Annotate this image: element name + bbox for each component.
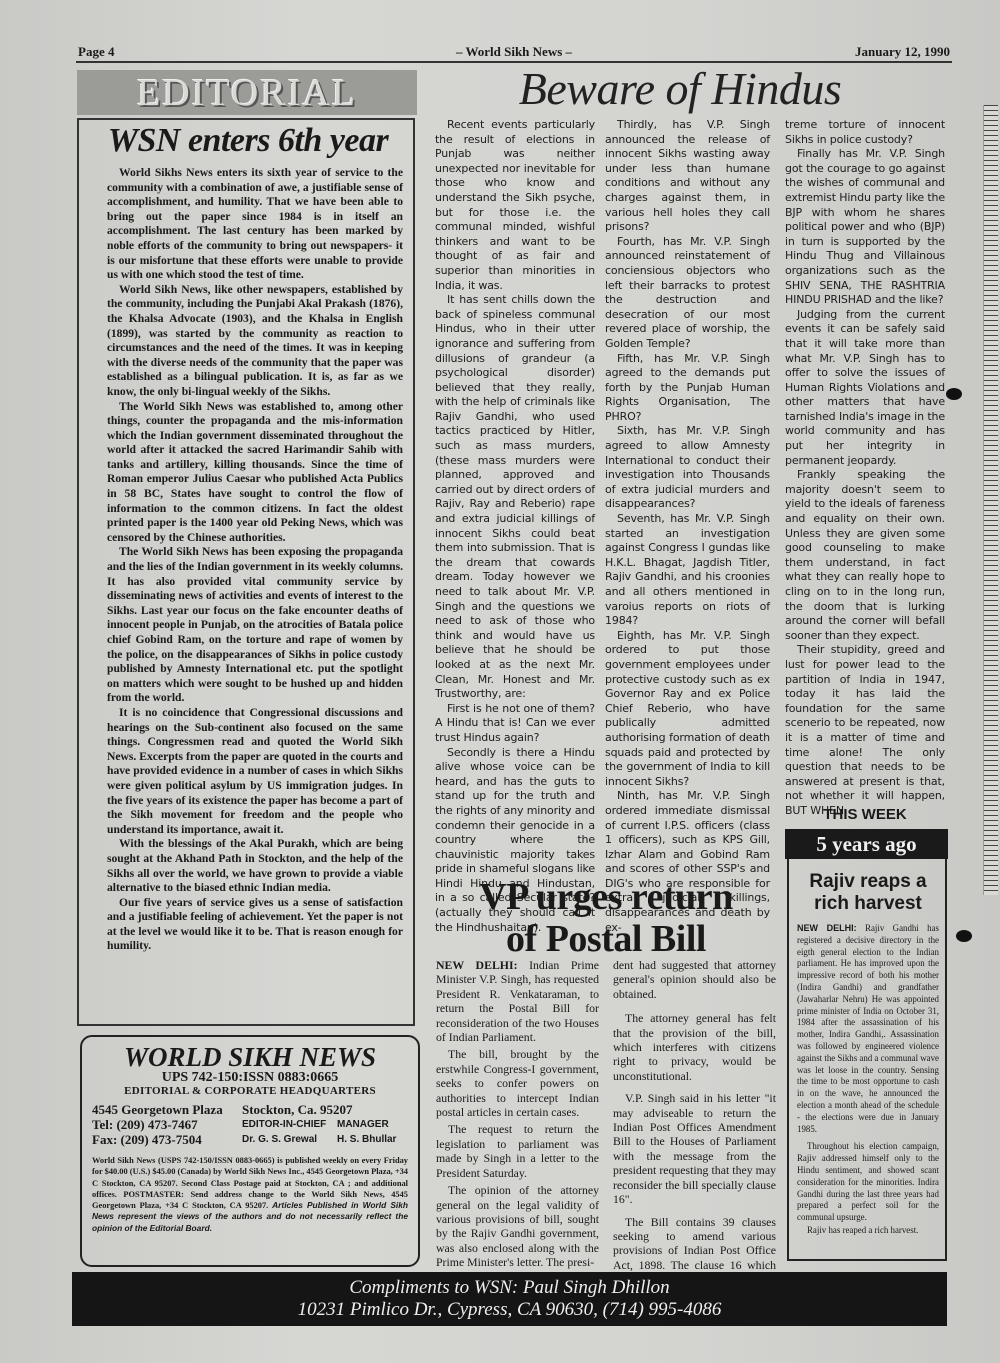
article-paragraph: Throughout his election campaign, Rajiv … (797, 1141, 939, 1224)
editorial-paragraph: World Sikhs News enters its sixth year o… (107, 166, 403, 283)
issue-date: January 12, 1990 (855, 44, 950, 60)
masthead-address-row: 4545 Georgetown Plaza Stockton, Ca. 9520… (92, 1102, 408, 1117)
editorial-paragraph: The World Sikh News has been exposing th… (107, 545, 403, 706)
page-header: Page 4 – World Sikh News – January 12, 1… (78, 44, 950, 62)
vp-headline: VP urges return of Postal Bill (436, 876, 776, 960)
article-paragraph: The attorney general has felt that the p… (613, 1011, 776, 1083)
vp-headline-line1: VP urges return (436, 876, 776, 918)
masthead-address: 4545 Georgetown Plaza (92, 1102, 242, 1117)
ad-line-2: 10231 Pimlico Dr., Cypress, CA 90630, (7… (72, 1299, 947, 1321)
article-paragraph: The bill, brought by the erstwhile Congr… (436, 1047, 599, 1119)
this-week-box: Rajiv reaps a rich harvest NEW DELHI: Ra… (787, 859, 947, 1261)
this-week-headline: Rajiv reaps a rich harvest (797, 871, 939, 915)
beware-column-2: Thirdly, has V.P. Singh announced the re… (605, 118, 770, 935)
article-text: Rajiv Gandhi has registered a decisive d… (797, 923, 939, 1134)
editorial-paragraph: World Sikh News, like other newspapers, … (107, 283, 403, 400)
article-paragraph: Rajiv has reaped a rich harvest. (797, 1225, 939, 1237)
vp-column-left: NEW DELHI: Indian Prime Minister V.P. Si… (436, 958, 599, 1304)
article-paragraph: dent had suggested that attorney general… (613, 958, 776, 1001)
five-years-ago-bar: 5 years ago (785, 829, 948, 859)
article-paragraph: Frankly speaking the majority doesn't se… (785, 468, 945, 643)
article-paragraph: Fifth, has Mr. V.P. Singh agreed to the … (605, 352, 770, 425)
vp-column-right: dent had suggested that attorney general… (613, 958, 776, 1304)
article-paragraph: It has sent chills down the back of spin… (435, 293, 595, 702)
masthead-tel: Tel: (209) 473-7467 (92, 1117, 242, 1132)
article-paragraph: NEW DELHI: Rajiv Gandhi has registered a… (797, 923, 939, 1135)
editorial-body: World Sikhs News enters its sixth year o… (107, 166, 403, 954)
article-paragraph: Thirdly, has V.P. Singh announced the re… (605, 118, 770, 235)
beware-column-1: Recent events particularly the result of… (435, 118, 595, 935)
editorial-title: WSN enters 6th year (93, 122, 403, 160)
article-paragraph: Sixth, has Mr. V.P. Singh agreed to allo… (605, 424, 770, 512)
article-paragraph: Seventh, has Mr. V.P. Singh started an i… (605, 512, 770, 629)
article-paragraph: Their stupidity, greed and lust for powe… (785, 643, 945, 818)
role-editor-in-chief: EDITOR-IN-CHIEF (242, 1117, 337, 1132)
role-manager: MANAGER (337, 1117, 389, 1132)
binder-hole (956, 930, 972, 942)
editorial-paragraph: With the blessings of the Akal Purakh, w… (107, 837, 403, 895)
article-paragraph: Recent events particularly the result of… (435, 118, 595, 293)
masthead-city: Stockton, Ca. 95207 (242, 1102, 353, 1117)
masthead-fax: Fax: (209) 473-7504 (92, 1132, 242, 1147)
masthead-ups: UPS 742-150:ISSN 0883:0665 (92, 1071, 408, 1085)
binder-hole (946, 388, 962, 400)
ad-line-1: Compliments to WSN: Paul Singh Dhillon (72, 1277, 947, 1299)
masthead-name: WORLD SIKH NEWS (92, 1043, 408, 1071)
editorial-paragraph: It is no coincidence that Congressional … (107, 706, 403, 837)
scan-ruler (983, 105, 998, 895)
paper-name: – World Sikh News – (78, 44, 950, 60)
article-paragraph: The request to return the legislation to… (436, 1122, 599, 1180)
masthead-hq: EDITORIAL & CORPORATE HEADQUARTERS (92, 1085, 408, 1098)
masthead-staff-names: Fax: (209) 473-7504 Dr. G. S. Grewal H. … (92, 1132, 408, 1147)
article-paragraph: treme torture of innocent Sikhs in polic… (785, 118, 945, 147)
vp-article-body: NEW DELHI: Indian Prime Minister V.P. Si… (436, 958, 776, 1304)
masthead-fine-print: World Sikh News (USPS 742-150/ISSN 0883-… (92, 1155, 408, 1234)
article-paragraph: Judging from the current events it can b… (785, 308, 945, 469)
article-paragraph: Finally has Mr. V.P. Singh got the coura… (785, 147, 945, 308)
masthead-staff-roles: Tel: (209) 473-7467 EDITOR-IN-CHIEF MANA… (92, 1117, 408, 1132)
article-paragraph: The opinion of the attorney general on t… (436, 1183, 599, 1269)
editorial-banner: EDITORIAL (77, 70, 417, 115)
manager-name: H. S. Bhullar (337, 1132, 396, 1147)
main-headline: Beware of Hindus (440, 62, 920, 115)
dateline: NEW DELHI: (436, 958, 518, 972)
editorial-paragraph: The World Sikh News was established to, … (107, 400, 403, 546)
editor-name: Dr. G. S. Grewal (242, 1132, 337, 1147)
this-week-label: THIS WEEK (785, 806, 945, 823)
sponsor-ad-banner: Compliments to WSN: Paul Singh Dhillon 1… (72, 1272, 947, 1326)
article-paragraph: First is he not one of them? A Hindu tha… (435, 702, 595, 746)
beware-column-3: treme torture of innocent Sikhs in polic… (785, 118, 945, 847)
this-week-body: NEW DELHI: Rajiv Gandhi has registered a… (797, 923, 939, 1237)
editorial-box: WSN enters 6th year World Sikhs News ent… (77, 118, 415, 1026)
article-paragraph: V.P. Singh said in his letter "it may ad… (613, 1091, 776, 1206)
masthead-box: WORLD SIKH NEWS UPS 742-150:ISSN 0883:06… (80, 1035, 420, 1267)
editorial-paragraph: Our five years of service gives us a sen… (107, 896, 403, 954)
dateline: NEW DELHI: (797, 923, 857, 933)
vp-headline-line2: of Postal Bill (436, 918, 776, 960)
newspaper-page: Page 4 – World Sikh News – January 12, 1… (0, 0, 1000, 1363)
article-paragraph: Eighth, has Mr. V.P. Singh ordered to pu… (605, 629, 770, 790)
editorial-banner-label: EDITORIAL (137, 71, 357, 115)
article-paragraph: NEW DELHI: Indian Prime Minister V.P. Si… (436, 958, 599, 1044)
article-paragraph: Fourth, has Mr. V.P. Singh announced rei… (605, 235, 770, 352)
